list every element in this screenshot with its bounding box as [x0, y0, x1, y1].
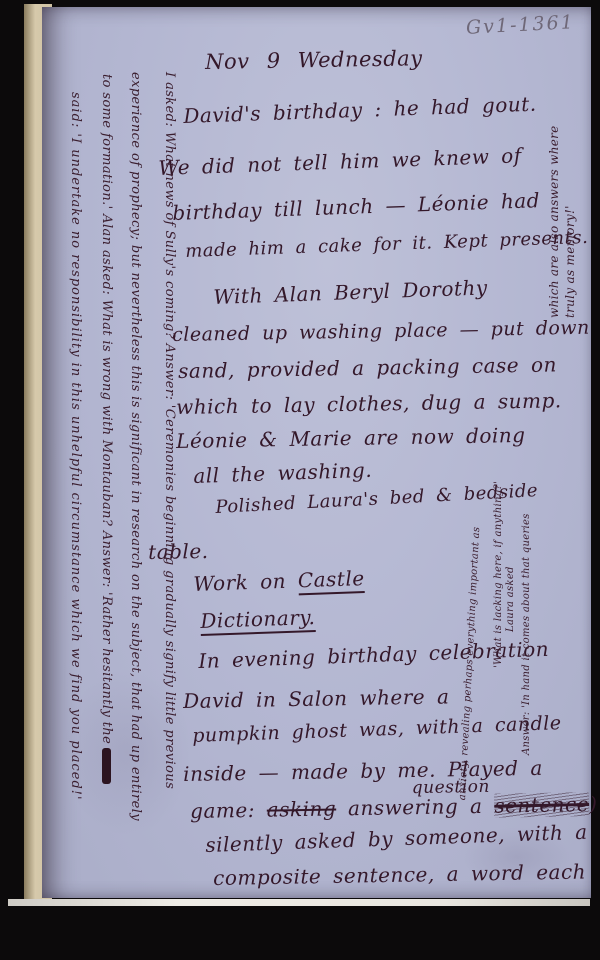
diary-line: David in Salon where a	[183, 686, 450, 711]
margin-note-right: 'What is lacking here, if anything?'	[494, 481, 504, 668]
underlined-word-dictionary: Dictionary.	[200, 605, 316, 636]
struck-word-asking: asking	[267, 796, 337, 821]
diary-line: sand, provided a packing case on	[178, 354, 557, 381]
game-suffix: )	[589, 792, 598, 816]
margin-note-left-text: to some formation.' Alan asked: What is …	[99, 74, 114, 744]
diary-line: composite sentence, a word each	[213, 861, 586, 888]
date-heading: Nov 9 Wednesday	[205, 48, 423, 73]
underlined-word-castle: Castle	[297, 566, 365, 595]
margin-note-right: Laura asked	[506, 566, 516, 632]
scanned-diary-screenshot: { "document": { "catalog_number": "Gv1-1…	[0, 0, 600, 960]
inserted-word-question: question	[412, 779, 490, 797]
scan-bottom-strip	[8, 899, 590, 906]
diary-line: all the washing.	[193, 460, 372, 486]
margin-note-left: experience of prophecy; but nevertheless…	[129, 72, 142, 821]
game-prefix: game:	[190, 798, 267, 823]
scratched-out-word	[102, 748, 111, 784]
scribbled-word-sentence: sentence	[494, 792, 589, 818]
diary-line-dictionary: Dictionary.	[200, 607, 316, 631]
work-on-text: Work on	[193, 568, 298, 596]
margin-note-left: to some formation.' Alan asked: What is …	[100, 74, 113, 784]
diary-line: Léonie & Marie are now doing	[176, 425, 526, 451]
margin-note-left: I asked: What news of Sully's coming? An…	[163, 72, 176, 789]
margin-note-right: which are also answers where	[548, 125, 560, 318]
diary-line-work-on-castle: Work on Castle	[193, 568, 365, 594]
margin-note-right: truly as memory!'	[564, 205, 576, 318]
diary-line-game: game: asking answering a sentence) quest…	[190, 794, 598, 821]
diary-line: which to lay clothes, dug a sump.	[176, 390, 562, 417]
margin-note-left: said: 'I undertake no responsibility in …	[69, 92, 82, 801]
diary-line: table.	[148, 541, 209, 562]
margin-note-right: Answer: 'In hand it comes about that que…	[522, 513, 532, 755]
